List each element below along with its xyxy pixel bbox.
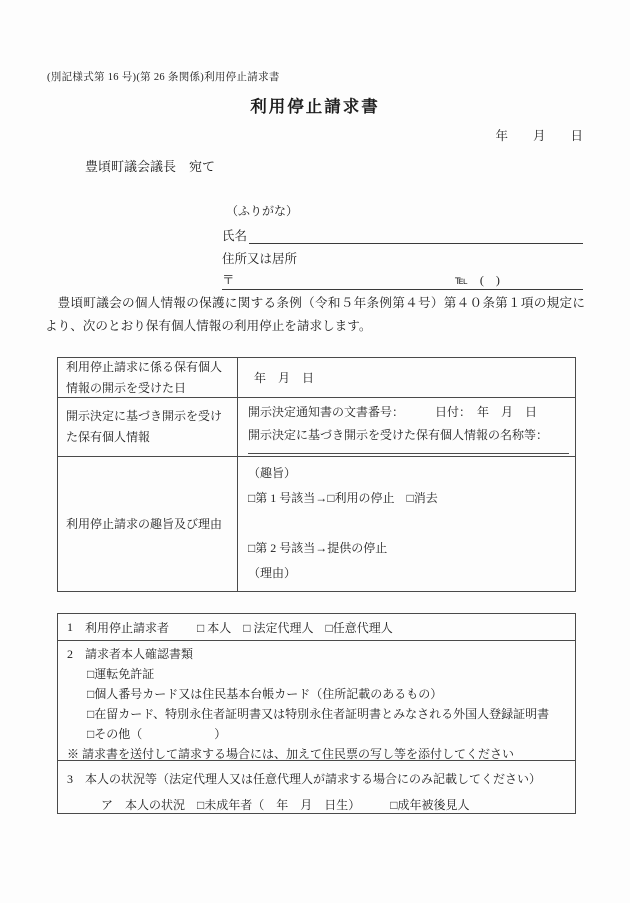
reason-heading: （理由） (248, 561, 575, 586)
body-paragraph: 豊頃町議会の個人情報の保護に関する条例（令和５年条例第４号）第４０条第１項の規定… (45, 292, 585, 337)
doc-date-label: 日付： 年 月 日 (435, 401, 537, 424)
row-label: 利用停止請求の趣旨及び理由 (58, 457, 238, 591)
table-row-identity-documents: 2 請求者本人確認書類 □運転免許証 □個人番号カード又は住民基本台帳カード（住… (58, 641, 575, 761)
form-reference: (別記様式第 16 号)(第 26 条関係)利用停止請求書 (47, 69, 280, 84)
addressee-line: 豊頃町議会議長 宛て (85, 156, 215, 175)
requester-checkbox-options: □ 本人 □ 法定代理人 □任意代理人 (197, 619, 393, 636)
checkbox-line-item2: □第 2 号該当→提供の停止 (248, 536, 575, 561)
document-title: 利用停止請求書 (0, 93, 630, 117)
name-label: 氏名 (222, 226, 247, 244)
disclosure-table: 利用停止請求に係る保有個人情報の開示を受けた日 年 月 日 開示決定に基づき開示… (57, 357, 576, 592)
furigana-label: （ふりがな） (226, 202, 298, 219)
table-row-disclosure-date: 利用停止請求に係る保有個人情報の開示を受けた日 年 月 日 (58, 358, 575, 398)
address-label: 住所又は居所 (222, 249, 297, 267)
name-field-row: 氏名 (222, 224, 583, 244)
checkbox-item-mynumber-card: □個人番号カード又は住民基本台帳カード（住所記載のあるもの） (67, 684, 575, 704)
doc-number-label: 開示決定通知書の文書番号： (248, 401, 404, 424)
item-title: 請求者本人確認書類 (85, 644, 193, 664)
item-title: 本人の状況等（法定代理人又は任意代理人が請求する場合にのみ記載してください） (85, 766, 541, 792)
tel-label: ℡ ( ) (455, 271, 500, 288)
table-row-purpose-reason: 利用停止請求の趣旨及び理由 （趣旨） □第 1 号該当→□利用の停止 □消去 □… (58, 457, 575, 591)
item-title: 利用停止請求者 (85, 619, 169, 636)
info-name-line: 開示決定に基づき開示を受けた保有個人情報の名称等： (248, 424, 575, 447)
table-row-disclosed-info: 開示決定に基づき開示を受けた保有個人情報 開示決定通知書の文書番号： 日付： 年… (58, 398, 575, 457)
item-number: 2 (67, 644, 73, 664)
spacer-line (248, 511, 575, 536)
checkbox-item-other: □その他（ ） (67, 724, 575, 744)
requester-table: 1 利用停止請求者 □ 本人 □ 法定代理人 □任意代理人 2 請求者本人確認書… (57, 613, 576, 814)
postal-mark: 〒 (222, 270, 235, 288)
row-value-date: 年 月 日 (254, 369, 314, 386)
table-row-requester: 1 利用停止請求者 □ 本人 □ 法定代理人 □任意代理人 (58, 614, 575, 641)
status-checkbox-line: ア 本人の状況 □未成年者（ 年 月 日生） □成年被後見人 (67, 792, 575, 818)
mailing-note: ※ 請求書を送付して請求する場合には、加えて住民票の写し等を添付してください (67, 744, 575, 764)
checkbox-item-residence-card: □在留カード、特別永住者証明書又は特別永住者証明書とみなされる外国人登録証明書 (67, 704, 575, 724)
doc-number-line: 開示決定通知書の文書番号： 日付： 年 月 日 (248, 401, 575, 424)
date-line: 年 月 日 (330, 126, 583, 144)
checkbox-item-license: □運転免許証 (67, 664, 575, 684)
checkbox-line-item1: □第 1 号該当→□利用の停止 □消去 (248, 486, 575, 511)
table-row-principal-status: 3 本人の状況等（法定代理人又は任意代理人が請求する場合にのみ記載してください）… (58, 761, 575, 813)
purpose-heading: （趣旨） (248, 461, 575, 486)
name-underline (249, 225, 583, 244)
document-page: (別記様式第 16 号)(第 26 条関係)利用停止請求書 利用停止請求書 年 … (0, 0, 630, 903)
row-label: 開示決定に基づき開示を受けた保有個人情報 (58, 398, 238, 456)
postal-tel-row: 〒 ℡ ( ) (222, 269, 583, 290)
fill-underline (248, 447, 569, 454)
row-label: 利用停止請求に係る保有個人情報の開示を受けた日 (58, 358, 238, 397)
item-number: 3 (67, 766, 73, 792)
item-number: 1 (67, 620, 73, 635)
